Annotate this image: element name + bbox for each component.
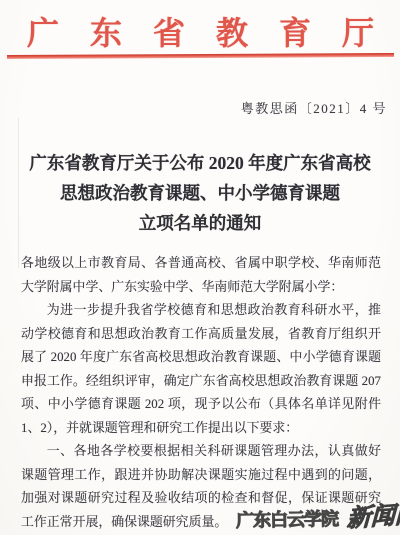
document-number: 粤教思函〔2021〕4 号	[241, 98, 387, 117]
document-title-line-1: 广东省教育厅关于公布 2020 年度广东省高校	[0, 148, 400, 178]
document-page: 广东省教育厅 粤教思函〔2021〕4 号 广东省教育厅关于公布 2020 年度广…	[0, 0, 400, 535]
recipients-line: 各地级以上市教育局、各普通高校、省属中职学校、华南师范大学附属中学、广东实验中学…	[21, 252, 381, 299]
document-title: 广东省教育厅关于公布 2020 年度广东省高校 思想政治教育课题、中小学德育课题…	[0, 148, 400, 238]
document-title-line-3: 立项名单的通知	[0, 208, 400, 238]
paragraph-intro: 为进一步提升我省学校德育和思想政治教育科研水平，推动学校德育和思想政治教育工作高…	[21, 299, 381, 440]
document-title-line-2: 思想政治教育课题、中小学德育课题	[0, 178, 400, 208]
watermark-site-name: 广东白云学院	[236, 505, 338, 533]
agency-letterhead: 广东省教育厅	[27, 8, 400, 54]
watermark: 广东白云学院 新闻网	[236, 495, 400, 533]
document-body: 各地级以上市教育局、各普通高校、省属中职学校、华南师范大学附属中学、广东实验中学…	[21, 252, 381, 534]
header-divider-rule	[7, 53, 394, 59]
watermark-news-label: 新闻网	[346, 493, 400, 533]
